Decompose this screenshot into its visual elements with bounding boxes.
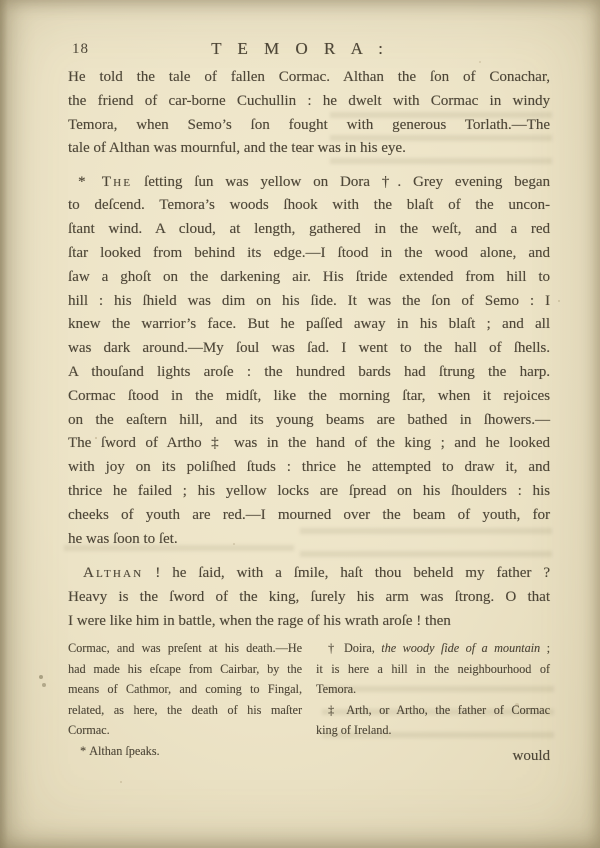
text-line: was dark around.—My ſoul was ſad. I went…: [68, 337, 550, 361]
text-line: ſtant wind. A cloud, at length, gathered…: [68, 218, 550, 242]
text-line: Heavy is the ſword of the king, ſurely h…: [68, 586, 550, 610]
text-line: * The ſetting ſun was yellow on Dora †. …: [68, 171, 550, 195]
footnote-marker-dagger: † Doira,: [328, 641, 381, 655]
text-line: to deſcend. Temora’s woods ſhook with th…: [68, 194, 550, 218]
paragraph-setting-sun: * The ſetting ſun was yellow on Dora †. …: [68, 171, 550, 552]
small-caps-word: lthan: [96, 565, 143, 581]
text-line: hill : his ſhield was dim on his ſide. I…: [68, 290, 550, 314]
small-caps-word: he: [113, 174, 132, 190]
footnote-line: means of Cathmor, and coming to Fingal,: [68, 679, 302, 700]
footnote-line: ‡ Arth, or Artho, the father of Cormac: [316, 700, 550, 721]
text-line: He told the tale of fallen Cormac. Altha…: [68, 66, 550, 90]
catchword: would: [68, 748, 550, 765]
footnote-line: Cormac.: [68, 720, 302, 741]
footnotes: Cormac, and was preſent at his death.—He…: [68, 638, 550, 762]
footnote-marker-asterisk: * T: [78, 174, 113, 190]
text-line: tale of Althan was mournful, and the tea…: [68, 137, 550, 161]
text-line: on the eaſtern hill, and its young beams…: [68, 409, 550, 433]
footnote-line: related, as here, the death of his maſte…: [68, 700, 302, 721]
text-line: A thouſand lights aroſe : the hundred ba…: [68, 361, 550, 385]
text-line: he was ſoon to ſet.: [68, 528, 550, 552]
footnote-line: king of Ireland.: [316, 720, 550, 741]
text-segment: A: [83, 565, 96, 581]
footnote-column-left: Cormac, and was preſent at his death.—He…: [68, 638, 302, 762]
foxing-speckles: [0, 0, 2, 2]
body-text: He told the tale of fallen Cormac. Altha…: [68, 66, 550, 634]
text-line: the friend of car-borne Cuchullin : he d…: [68, 90, 550, 114]
text-segment: ! he ſaid, with a ſmile, haſt thou behel…: [143, 565, 550, 581]
page-edge-shadow: [0, 0, 8, 848]
text-line: The ſword of Artho ‡ was in the hand of …: [68, 432, 550, 456]
footnote-line: it is here a hill in the neighbourhood o…: [316, 659, 550, 680]
text-line: Althan ! he ſaid, with a ſmile, haſt tho…: [68, 562, 550, 586]
text-line: with joy on its poliſhed ſtuds : thrice …: [68, 456, 550, 480]
text-line: I were like him in battle, when the rage…: [68, 610, 550, 634]
running-title: T E M O R A :: [0, 39, 600, 59]
text-segment: ſetting ſun was yellow on Dora †. Grey e…: [132, 174, 550, 190]
text-line: Temora, when Semo’s ſon fought with gene…: [68, 114, 550, 138]
text-line: Cormac ſtood in the midſt, like the morn…: [68, 385, 550, 409]
text-line: cheeks of youth are red.—I mourned over …: [68, 504, 550, 528]
paragraph-continuation: He told the tale of fallen Cormac. Altha…: [68, 66, 550, 161]
book-page: 18 T E M O R A : He told the tale of fal…: [0, 0, 600, 848]
text-line: ſtar looked from behind its edge.—I ſtoo…: [68, 242, 550, 266]
italic-phrase: the woody ſide of a mountain: [381, 641, 540, 655]
footnote-column-right: † Doira, the woody ſide of a mountain ; …: [316, 638, 550, 762]
footnote-line: Cormac, and was preſent at his death.—He: [68, 638, 302, 659]
footnote-line: had made his eſcape from Cairbar, by the: [68, 659, 302, 680]
paragraph-althan: Althan ! he ſaid, with a ſmile, haſt tho…: [68, 562, 550, 633]
text-segment: ;: [540, 641, 550, 655]
text-line: thrice he failed ; his yellow locks are …: [68, 480, 550, 504]
text-line: ſaw a ghoſt on the darkening air. His ſt…: [68, 266, 550, 290]
footnote-line: † Doira, the woody ſide of a mountain ;: [316, 638, 550, 659]
text-line: knew the warrior’s face. But he paſſed a…: [68, 313, 550, 337]
footnote-line: Temora.: [316, 679, 550, 700]
